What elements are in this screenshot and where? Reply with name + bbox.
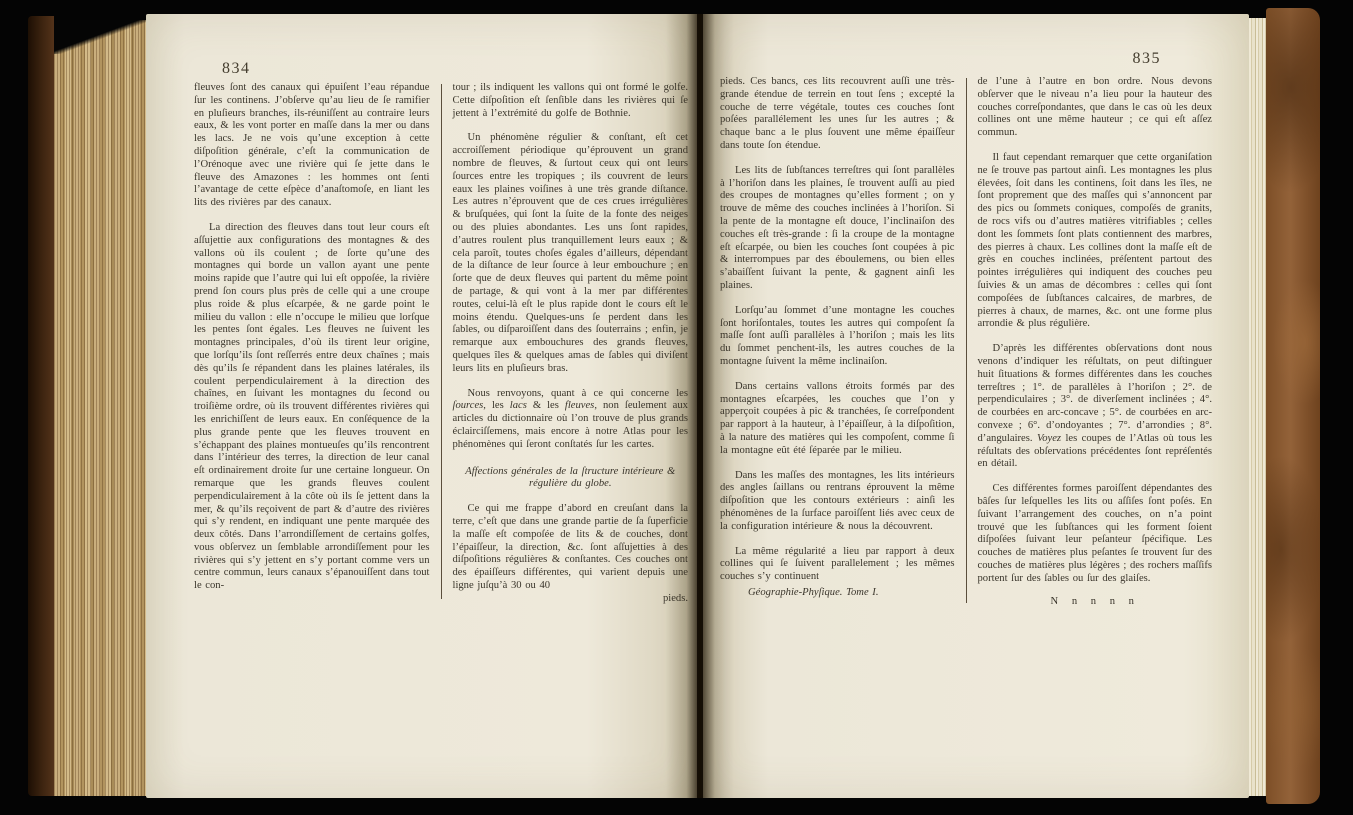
book-photo: 834 fleuves ſont des canaux qui épuiſent… xyxy=(0,0,1353,815)
page-835-column-2: de l’une à l’autre en bon ordre. Nous de… xyxy=(978,76,1213,609)
paragraph: de l’une à l’autre en bon ordre. Nous de… xyxy=(978,76,1213,140)
paragraph: Ces différentes formes paroiſſent dépend… xyxy=(978,483,1213,585)
page-834: 834 fleuves ſont des canaux qui épuiſent… xyxy=(146,14,697,798)
paragraph: Il faut cependant remarquer que cette or… xyxy=(978,152,1213,331)
page-834-column-1: fleuves ſont des canaux qui épuiſent l’e… xyxy=(194,82,430,605)
page-835-column-1: pieds. Ces bancs, ces lits recouvrent au… xyxy=(720,76,955,609)
paragraph: Les lits de ſubſtances terreſtres qui ſo… xyxy=(720,165,955,293)
paragraph: tour ; ils indiquent les vallons qui ont… xyxy=(453,82,689,120)
paragraph: fleuves ſont des canaux qui épuiſent l’e… xyxy=(194,82,430,210)
paragraph: Lorſqu’au ſommet d’une montagne les couc… xyxy=(720,305,955,369)
page-number-right: 835 xyxy=(1133,50,1162,68)
page-835: 835 pieds. Ces bancs, ces lits recouvren… xyxy=(703,14,1249,798)
paragraph: pieds. xyxy=(453,593,689,606)
column-divider-rule xyxy=(441,84,442,599)
page-835-text-block: pieds. Ces bancs, ces lits recouvrent au… xyxy=(720,76,1212,609)
section-heading: Affections générales de la ſtructure int… xyxy=(453,466,689,492)
page-stack-fore-edge xyxy=(54,20,146,796)
paragraph: Dans les maſſes des montagnes, les lits … xyxy=(720,470,955,534)
paragraph: Nous renvoyons, quant à ce qui concerne … xyxy=(453,388,689,452)
page-834-text-block: fleuves ſont des canaux qui épuiſent l’e… xyxy=(194,82,688,605)
paragraph: La direction des fleuves dans tout leur … xyxy=(194,222,430,593)
page-834-column-2: tour ; ils indiquent les vallons qui ont… xyxy=(453,82,689,605)
paragraph: Dans certains vallons étroits formés par… xyxy=(720,381,955,458)
paragraph: D’après les différentes obſervations don… xyxy=(978,343,1213,471)
left-cover-edge xyxy=(28,16,54,796)
paragraph: Un phénomène régulier & conſtant, eſt ce… xyxy=(453,132,689,375)
page-number-left: 834 xyxy=(222,60,251,78)
paragraph: Ce qui me frappe d’abord en creuſant dan… xyxy=(453,503,689,593)
signature-mark: N n n n n xyxy=(978,596,1213,609)
right-leather-cover xyxy=(1266,8,1320,804)
column-divider-rule xyxy=(966,78,967,603)
right-page-edges xyxy=(1249,18,1266,796)
running-title: Géographie-Phyſique. Tome I. xyxy=(720,587,955,600)
paragraph: La même régularité a lieu par rapport à … xyxy=(720,546,955,584)
paragraph: pieds. Ces bancs, ces lits recouvrent au… xyxy=(720,76,955,153)
